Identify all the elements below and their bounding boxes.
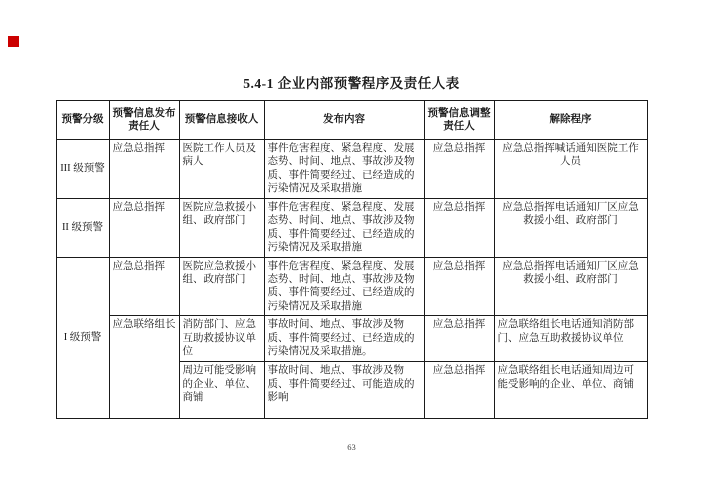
- adjuster-cell: 应急总指挥: [424, 362, 494, 419]
- content-cell: 事故时间、地点、事故涉及物质、事件简要经过、已经造成的污染情况及采取措施。: [264, 316, 424, 362]
- page-title: 5.4-1 企业内部预警程序及责任人表: [0, 0, 703, 92]
- warning-level-cell: III 级预警: [56, 140, 109, 199]
- content-cell: 事件危害程度、紧急程度、发展态势、时间、地点、事故涉及物质、事件简要经过、已经造…: [264, 257, 424, 316]
- content-cell: 事件危害程度、紧急程度、发展态势、时间、地点、事故涉及物质、事件简要经过、已经造…: [264, 198, 424, 257]
- release-cell: 应急联络组长电话通知消防部门、应急互助救援协议单位: [494, 316, 647, 362]
- table-header-row: 预警分级 预警信息发布责任人 预警信息接收人 发布内容 预警信息调整责任人 解除…: [56, 101, 647, 140]
- publisher-cell: 应急总指挥: [109, 198, 179, 257]
- content-cell: 事件危害程度、紧急程度、发展态势、时间、地点、事故涉及物质、事件简要经过、已经造…: [264, 140, 424, 199]
- adjuster-cell: 应急总指挥: [424, 316, 494, 362]
- red-marker-square: [8, 36, 19, 47]
- receiver-cell: 周边可能受影响的企业、单位、商铺: [179, 362, 264, 419]
- release-cell: 应急总指挥电话通知厂区应急救援小组、政府部门: [494, 257, 647, 316]
- table-row: III 级预警 应急总指挥 医院工作人员及病人 事件危害程度、紧急程度、发展态势…: [56, 140, 647, 199]
- release-cell: 应急联络组长电话通知周边可能受影响的企业、单位、商铺: [494, 362, 647, 419]
- adjuster-cell: 应急总指挥: [424, 198, 494, 257]
- content-cell: 事故时间、地点、事故涉及物质、事件简要经过、可能造成的影响: [264, 362, 424, 419]
- publisher-cell: 应急总指挥: [109, 257, 179, 316]
- page-number: 63: [0, 442, 703, 452]
- warning-level-cell: I 级预警: [56, 257, 109, 419]
- adjuster-cell: 应急总指挥: [424, 257, 494, 316]
- warning-program-table: 预警分级 预警信息发布责任人 预警信息接收人 发布内容 预警信息调整责任人 解除…: [56, 100, 648, 419]
- header-content: 发布内容: [264, 101, 424, 140]
- release-cell: 应急总指挥喊话通知医院工作人员: [494, 140, 647, 199]
- table-row: I 级预警 应急总指挥 医院应急救援小组、政府部门 事件危害程度、紧急程度、发展…: [56, 257, 647, 316]
- adjuster-cell: 应急总指挥: [424, 140, 494, 199]
- header-warning-level: 预警分级: [56, 101, 109, 140]
- publisher-cell: 应急联络组长: [109, 316, 179, 419]
- header-adjuster: 预警信息调整责任人: [424, 101, 494, 140]
- header-publisher: 预警信息发布责任人: [109, 101, 179, 140]
- table-row: 应急联络组长 消防部门、应急互助救援协议单位 事故时间、地点、事故涉及物质、事件…: [56, 316, 647, 362]
- document-page: 5.4-1 企业内部预警程序及责任人表 预警分级 预警信息发布责任人 预警信息接…: [0, 0, 703, 497]
- receiver-cell: 医院应急救援小组、政府部门: [179, 198, 264, 257]
- warning-level-cell: II 级预警: [56, 198, 109, 257]
- publisher-cell: 应急总指挥: [109, 140, 179, 199]
- header-receiver: 预警信息接收人: [179, 101, 264, 140]
- receiver-cell: 医院工作人员及病人: [179, 140, 264, 199]
- header-release-procedure: 解除程序: [494, 101, 647, 140]
- receiver-cell: 消防部门、应急互助救援协议单位: [179, 316, 264, 362]
- table-row: II 级预警 应急总指挥 医院应急救援小组、政府部门 事件危害程度、紧急程度、发…: [56, 198, 647, 257]
- release-cell: 应急总指挥电话通知厂区应急救援小组、政府部门: [494, 198, 647, 257]
- receiver-cell: 医院应急救援小组、政府部门: [179, 257, 264, 316]
